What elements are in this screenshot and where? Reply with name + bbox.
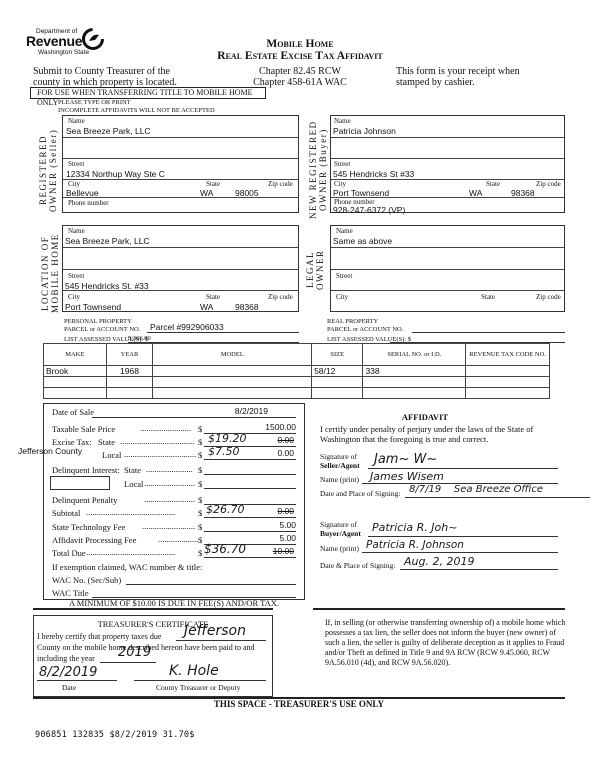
receipt-note: This form is your receipt when stamped b…	[396, 66, 520, 88]
table-header-row: MAKE YEAR MODEL SIZE SERIAL NO. or I.D. …	[44, 344, 550, 366]
seller-city-field[interactable]: Bellevue	[66, 188, 99, 198]
location-section-label: LOCATION OF MOBILE HOME	[40, 228, 64, 318]
treasurer-date-field[interactable]: 8/2/2019	[37, 667, 117, 681]
seller-signature-label: Signature of Seller/Agent	[320, 452, 360, 470]
buyer-zip-field[interactable]: 98368	[511, 188, 535, 198]
seller-section-label: REGISTERED OWNER (Seller)	[38, 120, 62, 220]
tech-fee-field[interactable]: 5.00	[204, 520, 296, 532]
year-cell[interactable]: 1968	[106, 366, 153, 377]
mobile-home-table: MAKE YEAR MODEL SIZE SERIAL NO. or I.D. …	[43, 343, 550, 399]
dor-swoosh-logo-icon	[82, 28, 104, 50]
title-transfer-notice: FOR USE WHEN TRANSFERRING TITLE TO MOBIL…	[30, 87, 266, 99]
make-cell[interactable]: Brook	[44, 366, 107, 377]
print-instructions: PLEASE TYPE OR PRINT INCOMPLETE AFFIDAVI…	[58, 99, 215, 115]
divider	[313, 608, 565, 610]
date-of-sale-field[interactable]: 8/2/2019	[92, 406, 296, 418]
divider	[33, 608, 273, 610]
location-street-field[interactable]: 545 Hendricks St. #33	[65, 281, 149, 291]
seller-name-line2[interactable]	[63, 138, 298, 159]
buyer-signature-field[interactable]: Patricia R. Joh~	[368, 520, 558, 537]
wac-number-field[interactable]	[126, 574, 296, 585]
buyer-section-label: NEW REGISTERED OWNER (Buyer)	[308, 120, 332, 220]
treasurer-county-field[interactable]: Jefferson	[176, 629, 266, 641]
treasurer-use-only-label: THIS SPACE - TREASURER'S USE ONLY	[33, 699, 565, 709]
seller-signature-field[interactable]: Jam~ W~	[368, 452, 558, 469]
form-title-line2: Real Estate Excise Tax Affidavit	[170, 50, 430, 62]
table-row	[44, 388, 550, 399]
seller-name-label: Name (print)	[320, 475, 359, 484]
real-assessed-field[interactable]	[390, 335, 565, 343]
affidavit-title: AFFIDAVIT	[310, 412, 540, 422]
buyer-name-print-field[interactable]: Patricia R. Johnson	[362, 540, 558, 553]
buyer-city-field[interactable]: Port Townsend	[333, 188, 389, 198]
logo-revenue-text: Revenue	[26, 33, 82, 49]
location-name-line2[interactable]	[63, 248, 298, 270]
affidavit-statement: I certify under penalty of perjury under…	[320, 424, 533, 444]
county-note: Jefferson County	[18, 446, 82, 456]
tax-calculation-box: Date of Sale 8/2/2019 Taxable Sale Price…	[43, 403, 305, 600]
buyer-state-field[interactable]: WA	[469, 188, 482, 198]
table-row	[44, 377, 550, 388]
treasurer-certificate-box: TREASURER'S CERTIFICATE I hereby certify…	[33, 615, 273, 697]
buyer-date-place-field[interactable]: Aug. 2, 2019	[400, 557, 558, 570]
seller-zip-field[interactable]: 98005	[235, 188, 259, 198]
serial-cell[interactable]: 338	[363, 366, 466, 377]
buyer-phone-field[interactable]: 928-247-6372 (VP)	[333, 205, 405, 215]
total-due-field[interactable]: $36.70 10.00	[204, 546, 296, 558]
table-row: Brook 1968 58/12 338	[44, 366, 550, 377]
model-cell[interactable]	[153, 366, 312, 377]
seller-name-print-field[interactable]: James Wisem	[362, 472, 558, 484]
seller-street-field[interactable]: 12334 Northup Way Ste C	[66, 169, 165, 179]
delinquent-interest-state-field[interactable]	[204, 463, 296, 475]
treasurer-year-field[interactable]: 2019	[100, 653, 156, 663]
size-cell[interactable]: 58/12	[312, 366, 363, 377]
legal-owner-name-line2[interactable]	[331, 248, 564, 270]
location-city-field[interactable]: Port Townsend	[65, 302, 121, 312]
tax-lien-warning: If, in selling (or otherwise transferrin…	[325, 618, 570, 668]
delinquent-interest-local-field[interactable]	[204, 477, 296, 489]
seller-state-field[interactable]: WA	[200, 188, 213, 198]
logo-state-text: Washington State	[38, 49, 89, 56]
buyer-street-field[interactable]: 545 Hendricks St #33	[333, 169, 414, 179]
location-name-field[interactable]: Sea Breeze Park, LLC	[65, 236, 150, 246]
wac-title-field[interactable]	[92, 587, 296, 598]
seller-name-field[interactable]: Sea Breeze Park, LLC	[66, 126, 151, 136]
buyer-name-field[interactable]: Patricia Johnson	[333, 126, 396, 136]
excise-local-field[interactable]: $7.50 0.00	[204, 448, 296, 460]
treasurer-signature-field[interactable]: K. Hole	[134, 667, 266, 681]
buyer-date-label: Date & Place of Signing:	[320, 561, 395, 570]
county-entry-box[interactable]	[50, 476, 110, 490]
personal-parcel-field[interactable]: Parcel #992906033	[147, 323, 299, 333]
location-state-field[interactable]: WA	[200, 302, 213, 312]
submit-instructions: Submit to County Treasurer of the county…	[33, 66, 177, 88]
minimum-due-notice: A MINIMUM OF $10.00 IS DUE IN FEE(S) AND…	[43, 598, 305, 608]
dor-logo: Department of Revenue Washington State	[24, 28, 108, 64]
buyer-name-label: Name (print)	[320, 544, 359, 553]
subtotal-field[interactable]: $26.70 0.00	[204, 506, 296, 518]
real-property-label: REAL PROPERTY PARCEL or ACCOUNT NO.	[327, 318, 403, 333]
seller-date-place-field[interactable]: 8/7/19 Sea Breeze Office	[405, 486, 590, 498]
seller-date-label: Date and Place of Signing:	[320, 489, 400, 498]
buyer-box: Name Patricia Johnson Street 545 Hendric…	[330, 115, 565, 213]
location-zip-field[interactable]: 98368	[235, 302, 259, 312]
personal-assessed-field[interactable]: 5,366.00	[128, 335, 299, 343]
real-parcel-field[interactable]	[412, 323, 565, 333]
receipt-stamp: 906851 132835 $8/2/2019 31.70$	[35, 730, 195, 740]
legal-owner-box: Name Same as above Street City State Zip…	[330, 225, 565, 312]
buyer-name-line2[interactable]	[331, 138, 564, 159]
personal-property-label: PERSONAL PROPERTY PARCEL or ACCOUNT NO.	[64, 318, 140, 333]
seller-box: Name Sea Breeze Park, LLC Street 12334 N…	[62, 115, 299, 213]
buyer-signature-label: Signature of Buyer/Agent	[320, 520, 361, 538]
chapter-references: Chapter 82.45 RCW Chapter 458-61A WAC	[240, 66, 360, 88]
tax-code-cell[interactable]	[466, 366, 550, 377]
form-title-line1: Mobile Home	[200, 38, 400, 50]
location-box: Name Sea Breeze Park, LLC Street 545 Hen…	[62, 225, 299, 312]
legal-owner-section-label: LEGAL OWNER	[305, 230, 325, 310]
legal-owner-name-field[interactable]: Same as above	[333, 236, 392, 246]
